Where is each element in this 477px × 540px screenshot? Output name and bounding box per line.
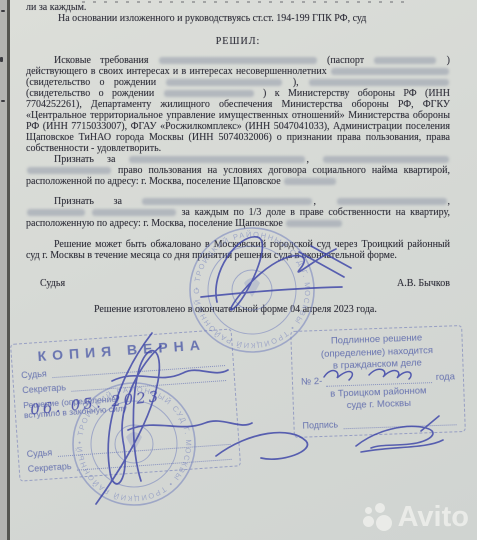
redaction-blur bbox=[166, 79, 282, 86]
orig-stamp-sign-label: Подпись bbox=[302, 419, 338, 430]
intro-line: На основании изложенного и руководствуяс… bbox=[26, 13, 450, 24]
redaction-blur bbox=[337, 198, 447, 205]
redaction-blur bbox=[374, 57, 436, 64]
document-text: ли за каждым. На основании изложенного и… bbox=[26, 2, 450, 315]
copy-stamp-secretary-label: Секретарь bbox=[22, 382, 66, 395]
redaction-blur bbox=[309, 79, 449, 86]
judge-row: Судья А.В. Бычков bbox=[26, 278, 450, 289]
copy-stamp-judge-label2: Судья bbox=[26, 447, 52, 459]
orig-stamp-sign-row: Подпись bbox=[302, 415, 456, 430]
top-fragment-line: ли за каждым. bbox=[26, 2, 450, 13]
redaction-blur bbox=[286, 220, 342, 227]
redaction-blur bbox=[142, 198, 312, 205]
redaction-blur bbox=[159, 57, 317, 64]
avito-watermark: Avito bbox=[363, 501, 469, 534]
redaction-blur bbox=[284, 178, 336, 185]
redaction-blur bbox=[27, 209, 85, 216]
redaction-blur bbox=[92, 209, 176, 216]
redaction-blur bbox=[164, 90, 254, 97]
copy-stamp-secretary-label2: Секретарь bbox=[27, 461, 71, 474]
case-number-suffix: года bbox=[436, 371, 456, 383]
blank-line bbox=[343, 415, 457, 429]
case-number-blank bbox=[326, 372, 432, 387]
photo-artifact bbox=[0, 57, 3, 62]
paragraph-recognize-use: Признать за , право пользования на услов… bbox=[26, 154, 450, 187]
judge-label: Судья bbox=[40, 278, 65, 289]
redaction-blur bbox=[27, 167, 111, 174]
paragraph-recognize-ownership: Признать за , , за каждым по 1/3 доле в … bbox=[26, 196, 450, 229]
paragraph-claims: Исковые требования (паспорт ) действующе… bbox=[26, 55, 450, 154]
redaction-blur bbox=[129, 156, 305, 163]
case-number-prefix: № 2- bbox=[301, 375, 323, 387]
photo-artifact bbox=[1, 10, 5, 12]
paragraph-appeal: Решение может быть обжаловано в Московск… bbox=[26, 239, 450, 261]
page-edge-line bbox=[7, 0, 10, 540]
redaction-blur bbox=[331, 68, 449, 75]
original-decision-stamp: Подлинное решение (определение) находитс… bbox=[290, 325, 466, 437]
judge-name: А.В. Бычков bbox=[397, 278, 450, 289]
avito-watermark-label: Avito bbox=[398, 501, 469, 534]
final-form-line: Решение изготовлено в окончательной форм… bbox=[26, 304, 450, 315]
photo-artifact bbox=[1, 100, 5, 102]
heading-reshil: РЕШИЛ: bbox=[26, 36, 450, 47]
avito-logo-icon bbox=[363, 503, 393, 533]
copy-stamp-judge-label: Судья bbox=[21, 369, 47, 381]
redaction-blur bbox=[323, 156, 449, 163]
original-stamp-border: Подлинное решение (определение) находитс… bbox=[290, 325, 466, 437]
